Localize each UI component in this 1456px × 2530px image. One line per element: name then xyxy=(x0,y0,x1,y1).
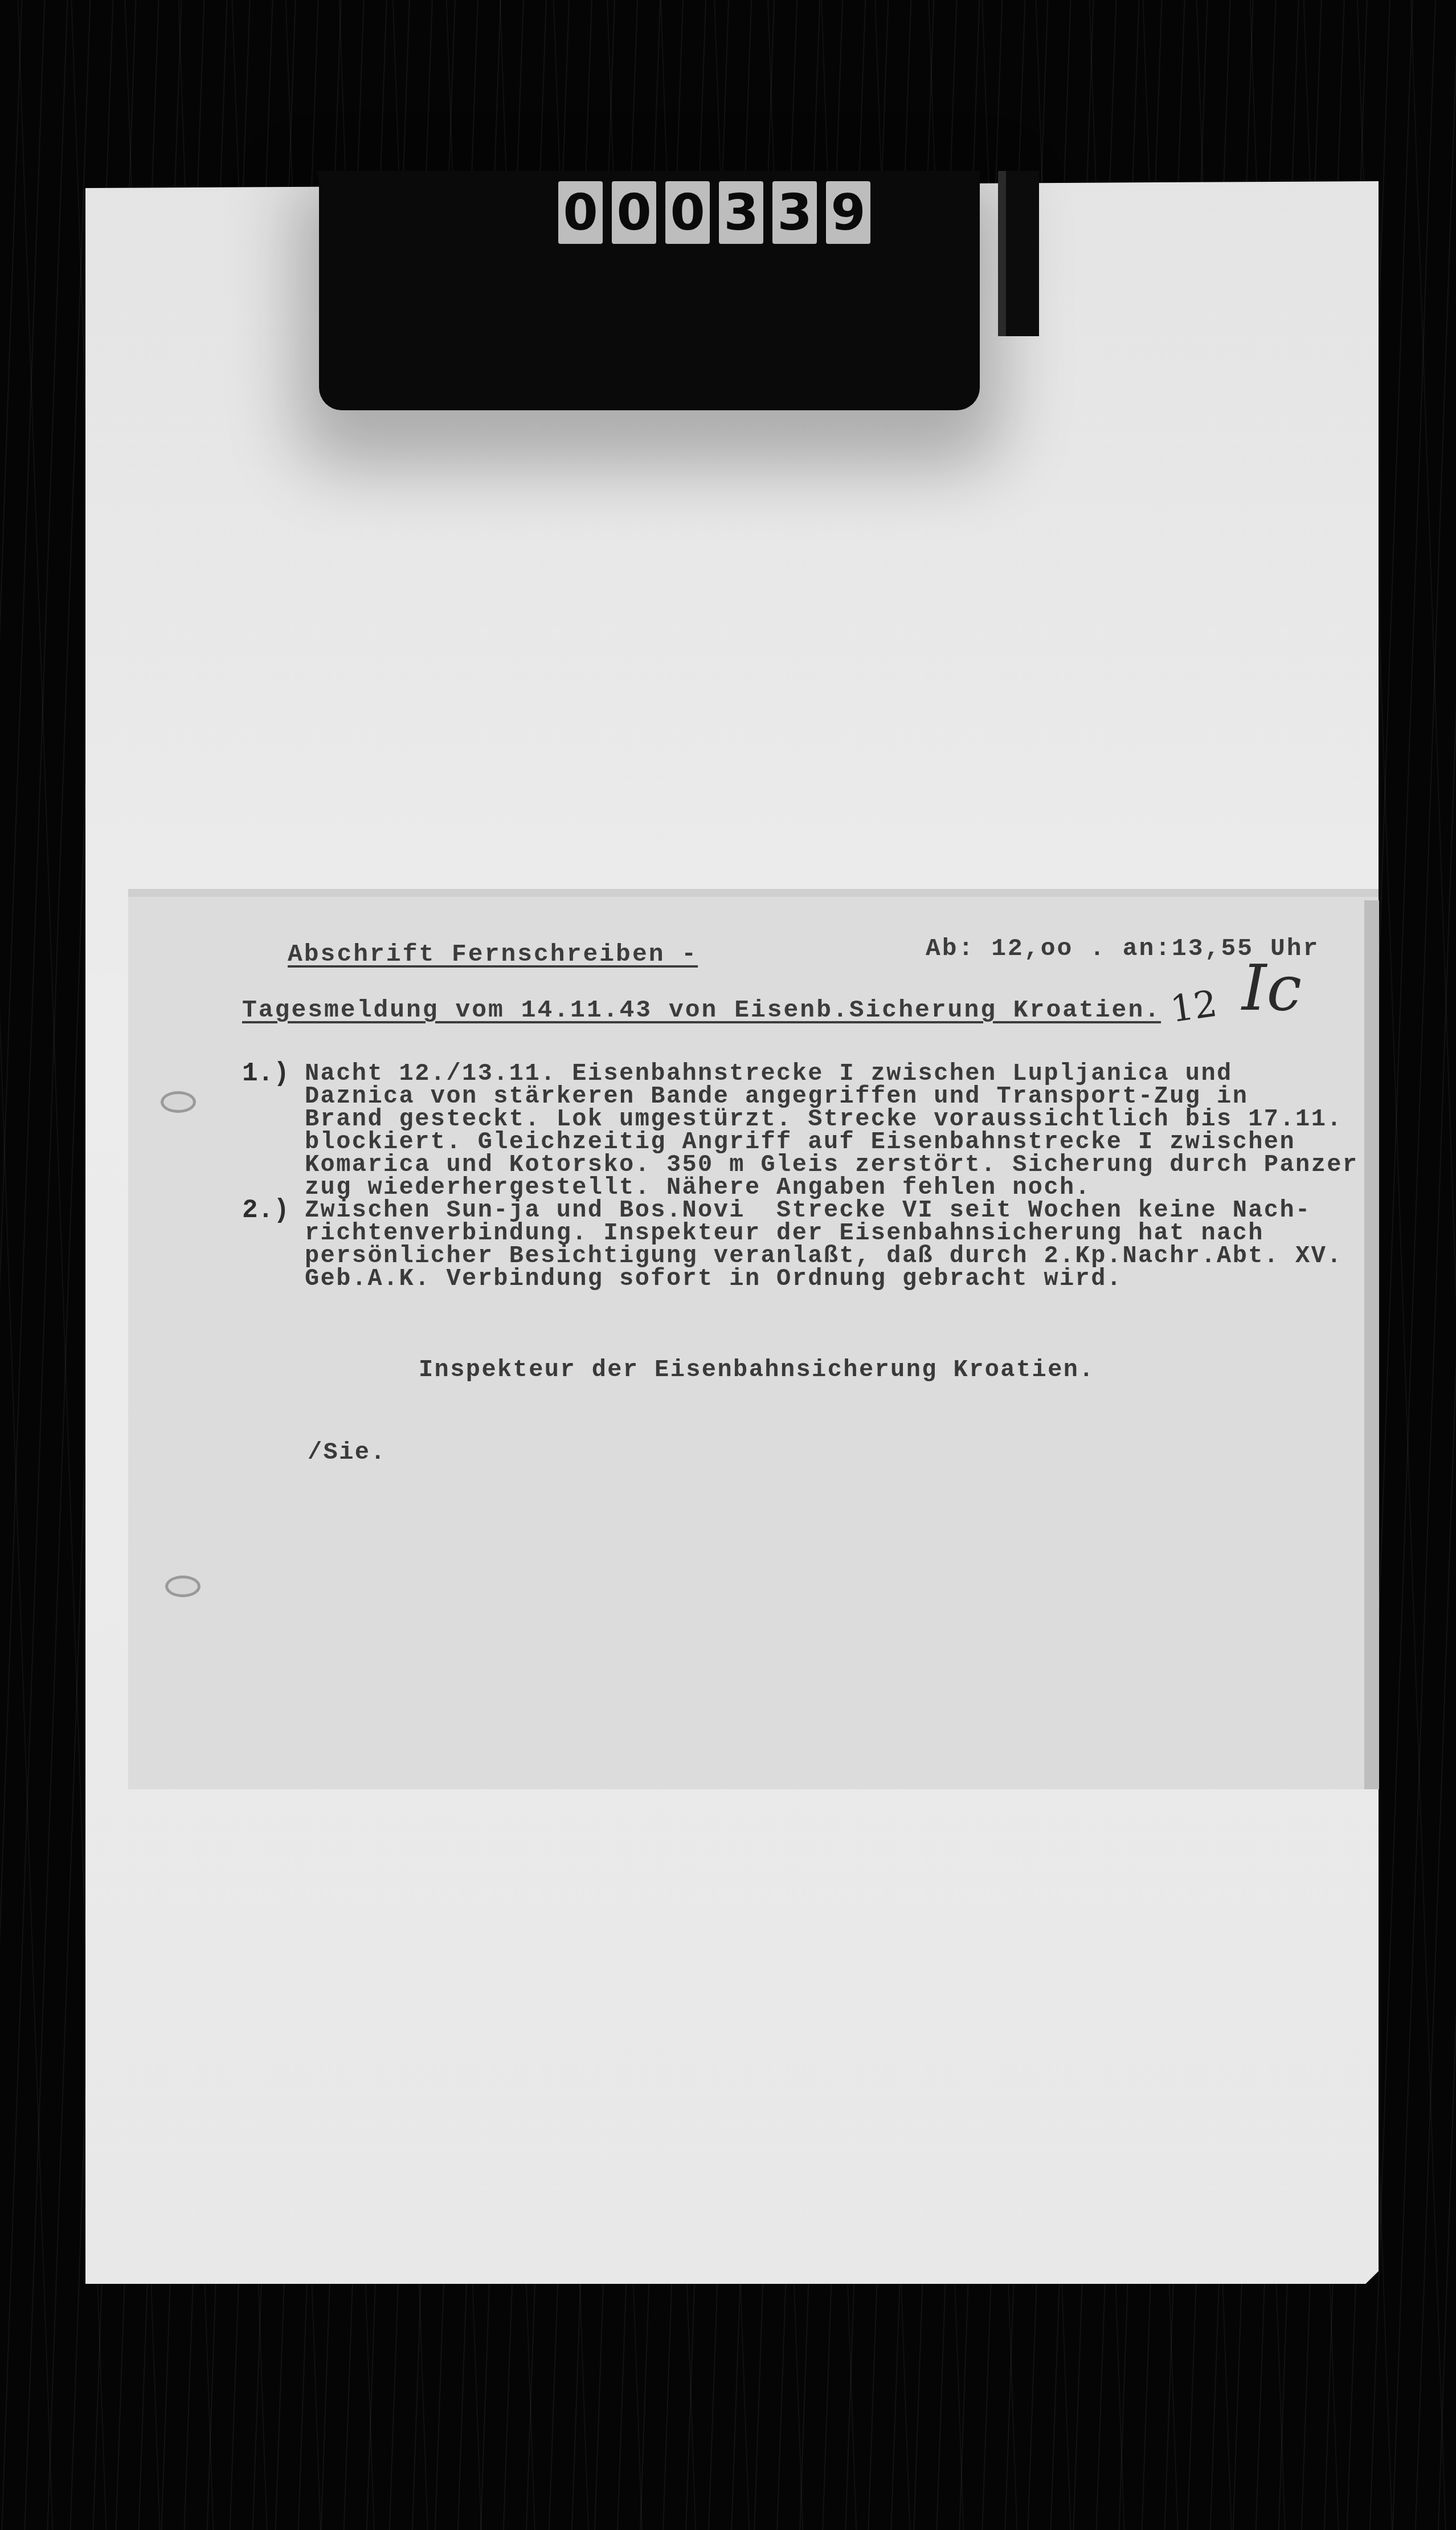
handwritten-mark: Ic xyxy=(1242,952,1302,1025)
signature-line: Inspekteur der Eisenbahnsicherung Kroati… xyxy=(419,1356,1095,1384)
document-subject: Tagesmeldung vom 14.11.43 von Eisenb.Sic… xyxy=(242,996,1161,1024)
punch-hole-icon xyxy=(161,1091,196,1113)
card-edge xyxy=(1364,900,1379,1789)
counter-digit: 3 xyxy=(719,181,763,244)
clamp-bar xyxy=(998,171,1039,336)
item-line: Geb.A.K. Verbindung sofort in Ordnung ge… xyxy=(305,1265,1122,1292)
counter-digit: 9 xyxy=(826,181,870,244)
item-number: 2.) xyxy=(242,1195,289,1225)
handwritten-number: 12 xyxy=(1168,983,1220,1031)
counter-digit: 0 xyxy=(612,181,656,244)
typist-initials: /Sie. xyxy=(308,1439,386,1466)
frame-counter: 0 0 0 3 3 9 xyxy=(558,181,870,244)
counter-digit: 0 xyxy=(665,181,710,244)
counter-digit: 0 xyxy=(558,181,603,244)
punch-hole-icon xyxy=(165,1576,201,1597)
counter-digit: 3 xyxy=(772,181,817,244)
document-header-title: Abschrift Fernschreiben - xyxy=(288,940,698,968)
item-number: 1.) xyxy=(242,1059,289,1088)
